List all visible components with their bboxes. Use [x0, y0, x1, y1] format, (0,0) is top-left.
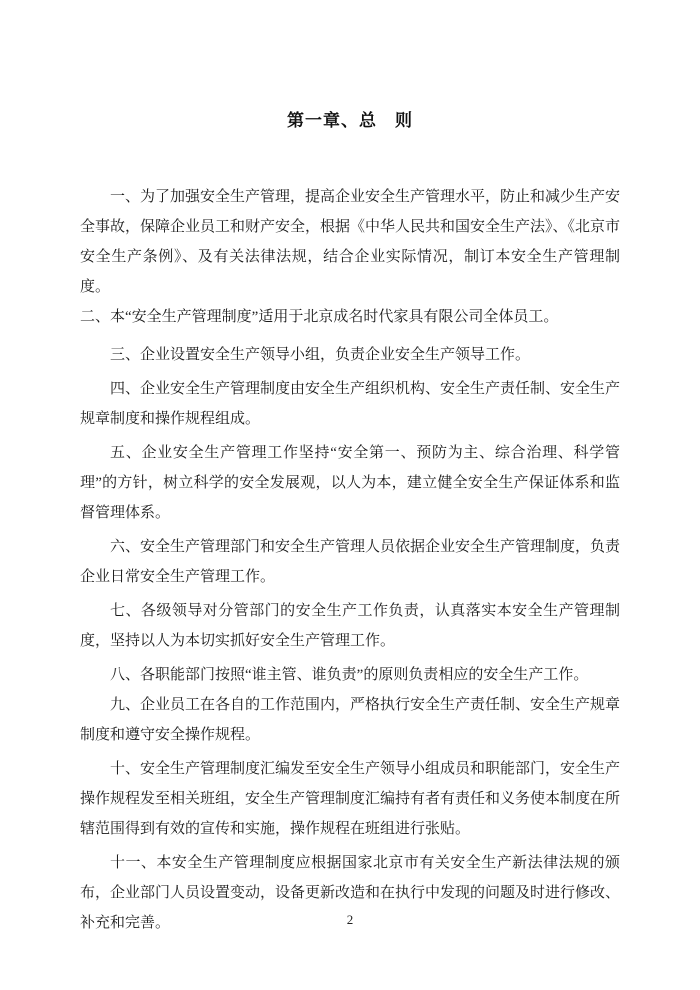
paragraph-item-8: 八、各职能部门按照“谁主管、谁负责”的原则负责相应的安全生产工作。	[80, 660, 620, 690]
paragraph-item-4: 四、企业安全生产管理制度由安全生产组织机构、安全生产责任制、安全生产规章制度和操…	[80, 374, 620, 434]
paragraph-item-10: 十、安全生产管理制度汇编发至安全生产领导小组成员和职能部门，安全生产操作规程发至…	[80, 754, 620, 844]
paragraph-item-6: 六、安全生产管理部门和安全生产管理人员依据企业安全生产管理制度，负责企业日常安全…	[80, 532, 620, 592]
chapter-title: 第一章、总 则	[80, 110, 620, 132]
paragraph-item-7: 七、各级领导对分管部门的安全生产工作负责，认真落实本安全生产管理制度，坚持以人为…	[80, 596, 620, 656]
page-number: 2	[0, 912, 700, 928]
paragraph-item-1: 一、为了加强安全生产管理，提高企业安全生产管理水平，防止和减少生产安全事故，保障…	[80, 182, 620, 302]
paragraph-item-5: 五、企业安全生产管理工作坚持“安全第一、预防为主、综合治理、科学管理”的方针，树…	[80, 438, 620, 528]
paragraph-item-2: 二、本“安全生产管理制度”适用于北京成名时代家具有限公司全体员工。	[80, 302, 620, 332]
document-page: 第一章、总 则 一、为了加强安全生产管理，提高企业安全生产管理水平，防止和减少生…	[0, 0, 700, 990]
paragraph-item-9: 九、企业员工在各自的工作范围内，严格执行安全生产责任制、安全生产规章制度和遵守安…	[80, 690, 620, 750]
paragraph-item-3: 三、企业设置安全生产领导小组，负责企业安全生产领导工作。	[80, 340, 620, 370]
